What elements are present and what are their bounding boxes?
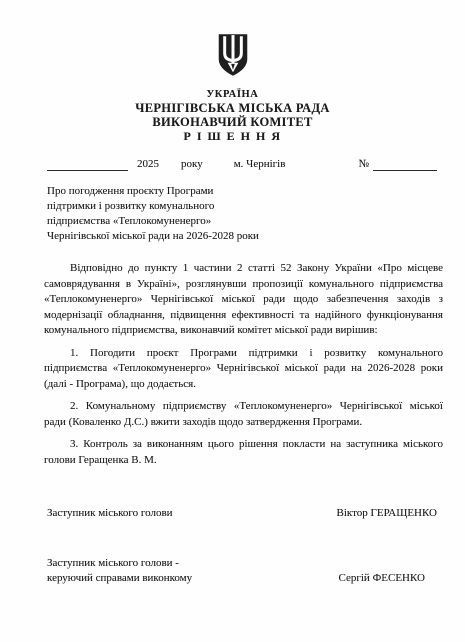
committee-name: ВИКОНАВЧИЙ КОМІТЕТ <box>0 115 465 129</box>
subject-line: підтримки і розвитку комунального <box>47 199 465 214</box>
date-blank-line <box>47 160 128 171</box>
number-blank-line <box>373 160 437 171</box>
decision-item-3: 3. Контроль за виконанням цього рішення … <box>44 437 443 468</box>
document-body: Відповідно до пункту 1 частини 2 статті … <box>44 261 443 468</box>
signature-title-line: керуючий справами виконкому <box>47 572 192 584</box>
year-word: року <box>181 158 203 171</box>
council-name: ЧЕРНІГІВСЬКА МІСЬКА РАДА <box>0 101 465 115</box>
document-type-title: Р І Ш Е Н Н Я <box>0 129 465 144</box>
subject-block: Про погодження проєкту Програми підтримк… <box>47 184 465 244</box>
subject-line: Про погодження проєкту Програми <box>47 184 465 199</box>
decision-item-1: 1. Погодити проєкт Програми підтримки і … <box>44 346 443 393</box>
signature-block-1: Заступник міського голови Віктор ГЕРАЩЕН… <box>47 506 437 521</box>
ukraine-trident-icon <box>215 33 251 82</box>
signature-block-2: Заступник міського голови - керуючий спр… <box>47 556 437 586</box>
date-and-number-line: 2025 року м. Чернігів № <box>47 158 437 171</box>
document-number-group: № <box>359 158 438 171</box>
country-name: УКРАЇНА <box>0 88 465 101</box>
signature-title-line: Заступник міського голови - <box>47 557 179 569</box>
document-page: УКРАЇНА ЧЕРНІГІВСЬКА МІСЬКА РАДА ВИКОНАВ… <box>0 0 465 642</box>
signature-title: Заступник міського голови <box>47 506 173 521</box>
signature-name: Віктор ГЕРАЩЕНКО <box>336 506 437 521</box>
emblem-container <box>0 33 465 82</box>
subject-line: Чернігівської міської ради на 2026-2028 … <box>47 229 465 244</box>
number-sign: № <box>359 158 370 171</box>
decision-item-2: 2. Комунальному підприємству «Теплокомун… <box>44 399 443 430</box>
document-header: УКРАЇНА ЧЕРНІГІВСЬКА МІСЬКА РАДА ВИКОНАВ… <box>0 0 465 144</box>
year-value: 2025 <box>137 158 159 171</box>
signature-title: Заступник міського голови - керуючий спр… <box>47 556 192 586</box>
city-name: м. Чернігів <box>234 158 286 171</box>
preamble-paragraph: Відповідно до пункту 1 частини 2 статті … <box>44 261 443 339</box>
subject-line: підприємства «Теплокомуненерго» <box>47 214 465 229</box>
signature-name: Сергій ФЕСЕНКО <box>339 571 425 586</box>
